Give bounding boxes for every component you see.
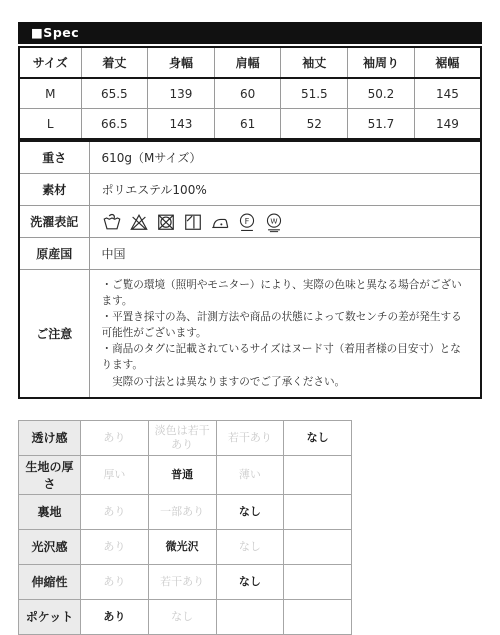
care-label: 洗濯表記 xyxy=(19,206,89,238)
notice-label: ご注意 xyxy=(19,270,89,398)
do-not-bleach-icon xyxy=(129,211,149,233)
feature-option-cell: 淡色は若干あり xyxy=(148,420,216,455)
product-detail-table: 重さ 610g（Mサイズ） 素材 ポリエステル100% 洗濯表記 xyxy=(18,140,482,399)
weight-label: 重さ xyxy=(19,141,89,174)
hand-wash-icon xyxy=(102,211,122,233)
dry-clean-F-icon: F xyxy=(237,211,257,233)
feature-option-cell: あり xyxy=(81,494,149,529)
svg-text:W: W xyxy=(270,216,277,225)
size-table-header-row: サイズ 着丈 身幅 肩幅 袖丈 袖周り 裾幅 xyxy=(19,47,481,78)
feature-label: 光沢感 xyxy=(19,529,81,564)
feature-row-thickness: 生地の厚さ 厚い 普通 薄い xyxy=(19,455,352,494)
feature-option-cell: なし xyxy=(216,529,284,564)
notice-line: ・平置き採寸の為、計測方法や商品の状態によって数センチの差が発生する可能性がござ… xyxy=(102,309,471,341)
svg-text:F: F xyxy=(244,215,249,225)
notice-line: 実際の寸法とは異なりますのでご了承ください。 xyxy=(102,374,471,390)
laundry-care-symbols: F W xyxy=(102,211,471,233)
size-cell: 66.5 xyxy=(81,109,148,140)
feature-label: 裏地 xyxy=(19,494,81,529)
feature-option-cell: あり xyxy=(81,420,149,455)
feature-option-cell: なし xyxy=(148,599,216,634)
notice-line: ・ご覧の環境（照明やモニター）により、実際の色味と異なる場合がございます。 xyxy=(102,277,471,309)
feature-option-cell: 若干あり xyxy=(148,564,216,599)
size-cell: 60 xyxy=(214,78,281,109)
feature-option-cell xyxy=(284,455,352,494)
size-cell: 51.7 xyxy=(348,109,415,140)
fabric-feature-table: 透け感 あり 淡色は若干あり 若干あり なし 生地の厚さ 厚い 普通 薄い 裏地… xyxy=(18,420,352,635)
origin-value: 中国 xyxy=(89,238,481,270)
feature-label: 生地の厚さ xyxy=(19,455,81,494)
size-cell: 139 xyxy=(148,78,215,109)
feature-option-cell: なし xyxy=(216,494,284,529)
material-row: 素材 ポリエステル100% xyxy=(19,174,481,206)
size-cell: 145 xyxy=(414,78,481,109)
size-cell: 149 xyxy=(414,109,481,140)
notice-row: ご注意 ・ご覧の環境（照明やモニター）により、実際の色味と異なる場合がございます… xyxy=(19,270,481,398)
weight-row: 重さ 610g（Mサイズ） xyxy=(19,141,481,174)
size-row-L: L 66.5 143 61 52 51.7 149 xyxy=(19,109,481,140)
size-cell: 143 xyxy=(148,109,215,140)
feature-option-cell: 若干あり xyxy=(216,420,284,455)
feature-row-stretch: 伸縮性 あり 若干あり なし xyxy=(19,564,352,599)
feature-label: ポケット xyxy=(19,599,81,634)
feature-row-pocket: ポケット あり なし xyxy=(19,599,352,634)
care-row: 洗濯表記 xyxy=(19,206,481,238)
size-col-header: 肩幅 xyxy=(214,47,281,78)
feature-row-sheerness: 透け感 あり 淡色は若干あり 若干あり なし xyxy=(19,420,352,455)
feature-option-cell: あり xyxy=(81,599,149,634)
feature-option-cell: 一部あり xyxy=(148,494,216,529)
material-value: ポリエステル100% xyxy=(89,174,481,206)
feature-option-cell xyxy=(284,529,352,564)
size-table: サイズ 着丈 身幅 肩幅 袖丈 袖周り 裾幅 M 65.5 139 60 51.… xyxy=(18,46,482,140)
feature-label: 伸縮性 xyxy=(19,564,81,599)
feature-option-cell: なし xyxy=(216,564,284,599)
feature-label: 透け感 xyxy=(19,420,81,455)
size-cell: 52 xyxy=(281,109,348,140)
size-cell: 50.2 xyxy=(348,78,415,109)
do-not-tumble-dry-icon xyxy=(156,211,176,233)
feature-option-cell: なし xyxy=(284,420,352,455)
weight-value: 610g（Mサイズ） xyxy=(89,141,481,174)
feature-option-cell: あり xyxy=(81,564,149,599)
notice-line: ・商品のタグに記載されているサイズはヌード寸（着用者様の目安寸）となります。 xyxy=(102,341,471,373)
feature-option-cell: 薄い xyxy=(216,455,284,494)
size-cell: M xyxy=(19,78,81,109)
feature-option-cell xyxy=(284,599,352,634)
size-cell: 61 xyxy=(214,109,281,140)
size-col-header: サイズ xyxy=(19,47,81,78)
line-dry-in-shade-icon xyxy=(183,211,203,233)
feature-option-cell xyxy=(216,599,284,634)
feature-row-lining: 裏地 あり 一部あり なし xyxy=(19,494,352,529)
size-cell: 65.5 xyxy=(81,78,148,109)
feature-row-gloss: 光沢感 あり 微光沢 なし xyxy=(19,529,352,564)
size-col-header: 身幅 xyxy=(148,47,215,78)
size-cell: 51.5 xyxy=(281,78,348,109)
size-col-header: 裾幅 xyxy=(414,47,481,78)
feature-option-cell: あり xyxy=(81,529,149,564)
origin-label: 原産国 xyxy=(19,238,89,270)
feature-option-cell: 厚い xyxy=(81,455,149,494)
size-col-header: 着丈 xyxy=(81,47,148,78)
feature-option-cell: 微光沢 xyxy=(148,529,216,564)
spec-section-title: ■Spec xyxy=(18,22,482,44)
feature-option-cell: 普通 xyxy=(148,455,216,494)
feature-option-cell xyxy=(284,494,352,529)
size-row-M: M 65.5 139 60 51.5 50.2 145 xyxy=(19,78,481,109)
size-col-header: 袖丈 xyxy=(281,47,348,78)
iron-icon xyxy=(210,211,230,233)
size-cell: L xyxy=(19,109,81,140)
material-label: 素材 xyxy=(19,174,89,206)
wet-clean-W-icon: W xyxy=(264,211,284,233)
origin-row: 原産国 中国 xyxy=(19,238,481,270)
size-col-header: 袖周り xyxy=(348,47,415,78)
feature-option-cell xyxy=(284,564,352,599)
notice-text: ・ご覧の環境（照明やモニター）により、実際の色味と異なる場合がございます。 ・平… xyxy=(89,270,481,398)
